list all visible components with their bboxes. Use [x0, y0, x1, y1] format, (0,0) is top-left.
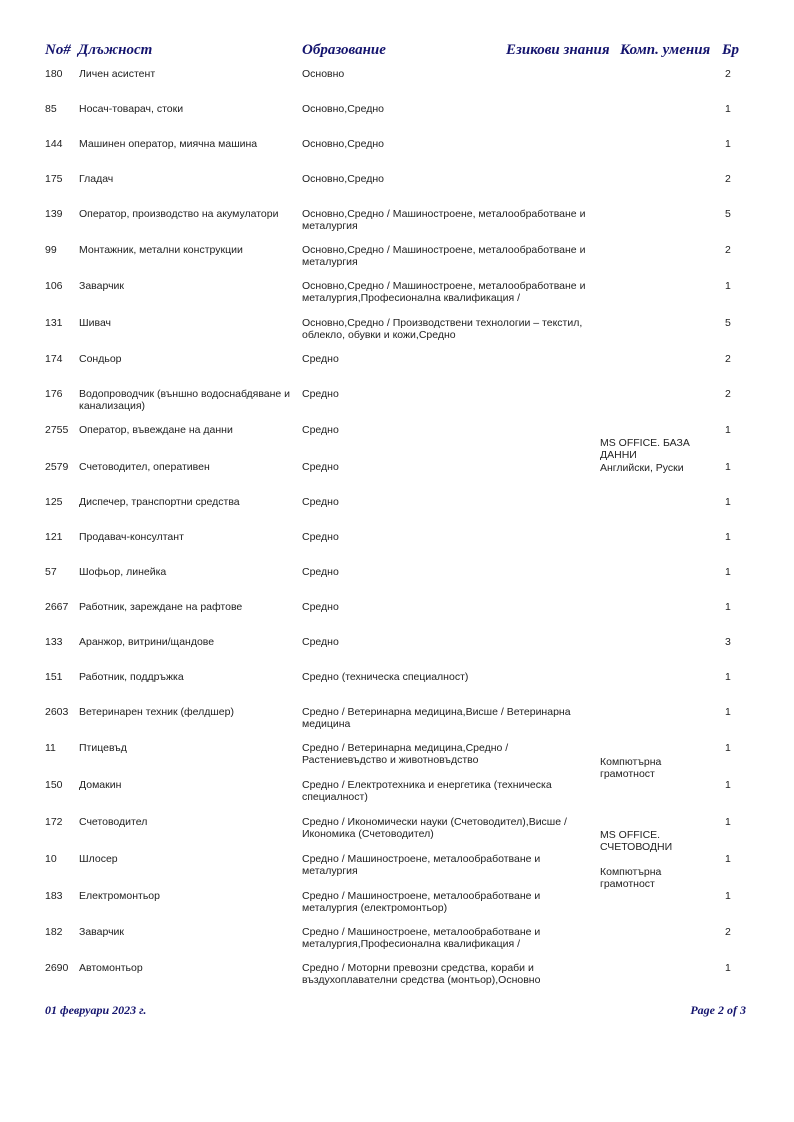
position-title: Заварчик [79, 280, 301, 292]
row-number: 183 [45, 890, 63, 902]
row-number: 174 [45, 353, 63, 365]
skill-note: MS OFFICE. БАЗА ДАННИ [600, 437, 710, 461]
position-title: Работник, зареждане на рафтове [79, 601, 301, 613]
position-title: Аранжор, витрини/щандове [79, 636, 301, 648]
education-requirement: Средно / Машиностроене, металообработван… [302, 890, 592, 914]
position-title: Шофьор, линейка [79, 566, 301, 578]
position-title: Счетоводител [79, 816, 301, 828]
position-title: Работник, поддръжка [79, 671, 301, 683]
position-count: 1 [725, 424, 731, 436]
position-count: 2 [725, 353, 731, 365]
position-title: Автомонтьор [79, 962, 301, 974]
row-number: 175 [45, 173, 63, 185]
position-title: Носач-товарач, стоки [79, 103, 301, 115]
position-title: Птицевъд [79, 742, 301, 754]
education-requirement: Средно [302, 461, 592, 473]
position-count: 2 [725, 244, 731, 256]
row-number: 180 [45, 68, 63, 80]
skill-note: Компютърна грамотност [600, 866, 710, 890]
position-count: 1 [725, 138, 731, 150]
position-count: 1 [725, 531, 731, 543]
position-count: 5 [725, 317, 731, 329]
position-title: Електромонтьор [79, 890, 301, 902]
education-requirement: Средно / Ветеринарна медицина,Висше / Ве… [302, 706, 592, 730]
position-title: Заварчик [79, 926, 301, 938]
row-number: 144 [45, 138, 63, 150]
row-number: 125 [45, 496, 63, 508]
position-title: Оператор, производство на акумулатори [79, 208, 301, 220]
position-title: Гладач [79, 173, 301, 185]
row-number: 2690 [45, 962, 68, 974]
education-requirement: Средно / Моторни превозни средства, кора… [302, 962, 592, 986]
education-requirement: Основно [302, 68, 592, 80]
position-count: 1 [725, 280, 731, 292]
education-requirement: Средно [302, 531, 592, 543]
position-count: 1 [725, 671, 731, 683]
education-requirement: Средно [302, 566, 592, 578]
education-requirement: Средно [302, 388, 592, 400]
education-requirement: Основно,Средно / Производствени технолог… [302, 317, 592, 341]
education-requirement: Средно / Ветеринарна медицина,Средно / Р… [302, 742, 592, 766]
position-count: 1 [725, 566, 731, 578]
position-count: 1 [725, 962, 731, 974]
row-number: 150 [45, 779, 63, 791]
education-requirement: Средно / Икономически науки (Счетоводите… [302, 816, 592, 840]
education-requirement: Средно [302, 601, 592, 613]
row-number: 172 [45, 816, 63, 828]
position-count: 1 [725, 461, 731, 473]
education-requirement: Основно,Средно [302, 138, 592, 150]
position-title: Личен асистент [79, 68, 301, 80]
position-title: Счетоводител, оперативен [79, 461, 301, 473]
education-requirement: Средно [302, 353, 592, 365]
position-title: Сондьор [79, 353, 301, 365]
position-title: Ветеринарен техник (фелдшер) [79, 706, 301, 718]
education-requirement: Средно [302, 496, 592, 508]
position-count: 5 [725, 208, 731, 220]
row-number: 10 [45, 853, 57, 865]
column-header-languages: Езикови знания [506, 42, 610, 59]
position-count: 1 [725, 496, 731, 508]
row-number: 85 [45, 103, 57, 115]
position-count: 1 [725, 779, 731, 791]
row-number: 106 [45, 280, 63, 292]
language-note: Английски, Руски [600, 462, 710, 474]
position-count: 2 [725, 173, 731, 185]
position-count: 3 [725, 636, 731, 648]
row-number: 176 [45, 388, 63, 400]
education-requirement: Средно [302, 424, 592, 436]
footer-page-number: Page 2 of 3 [690, 1003, 746, 1018]
position-title: Монтажник, метални конструкции [79, 244, 301, 256]
position-count: 1 [725, 706, 731, 718]
education-requirement: Основно,Средно [302, 103, 592, 115]
position-count: 2 [725, 388, 731, 400]
position-title: Шивач [79, 317, 301, 329]
position-title: Машинен оператор, миячна машина [79, 138, 301, 150]
skill-note: MS OFFICE. СЧЕТОВОДНИ [600, 829, 710, 853]
position-count: 2 [725, 926, 731, 938]
row-number: 131 [45, 317, 63, 329]
position-count: 2 [725, 68, 731, 80]
skill-note: Компютърна грамотност [600, 756, 710, 780]
position-title: Диспечер, транспортни средства [79, 496, 301, 508]
position-count: 1 [725, 601, 731, 613]
row-number: 2579 [45, 461, 68, 473]
position-count: 1 [725, 742, 731, 754]
education-requirement: Средно [302, 636, 592, 648]
position-title: Продавач-консултант [79, 531, 301, 543]
position-count: 1 [725, 816, 731, 828]
column-header-no: No# [45, 42, 71, 59]
position-count: 1 [725, 853, 731, 865]
education-requirement: Основно,Средно / Машиностроене, металооб… [302, 280, 592, 304]
education-requirement: Основно,Средно / Машиностроене, металооб… [302, 244, 592, 268]
education-requirement: Средно / Електротехника и енергетика (те… [302, 779, 592, 803]
row-number: 139 [45, 208, 63, 220]
education-requirement: Основно,Средно [302, 173, 592, 185]
position-title: Домакин [79, 779, 301, 791]
row-number: 11 [45, 742, 56, 754]
row-number: 182 [45, 926, 63, 938]
row-number: 121 [45, 531, 63, 543]
position-count: 1 [725, 103, 731, 115]
row-number: 151 [45, 671, 63, 683]
row-number: 2755 [45, 424, 68, 436]
education-requirement: Основно,Средно / Машиностроене, металооб… [302, 208, 592, 232]
footer-date: 01 февруари 2023 г. [45, 1003, 146, 1018]
row-number: 99 [45, 244, 57, 256]
position-title: Шлосер [79, 853, 301, 865]
column-header-computer-skills: Комп. умения [620, 42, 710, 59]
education-requirement: Средно (техническа специалност) [302, 671, 592, 683]
column-header-position: Длъжност [78, 42, 152, 59]
column-header-count: Бр [722, 42, 739, 59]
column-header-education: Образование [302, 42, 386, 59]
row-number: 57 [45, 566, 57, 578]
position-title: Водопроводчик (външно водоснабдяване и к… [79, 388, 301, 412]
position-count: 1 [725, 890, 731, 902]
row-number: 2667 [45, 601, 68, 613]
row-number: 2603 [45, 706, 68, 718]
row-number: 133 [45, 636, 63, 648]
position-title: Оператор, въвеждане на данни [79, 424, 301, 436]
education-requirement: Средно / Машиностроене, металообработван… [302, 926, 592, 950]
education-requirement: Средно / Машиностроене, металообработван… [302, 853, 592, 877]
